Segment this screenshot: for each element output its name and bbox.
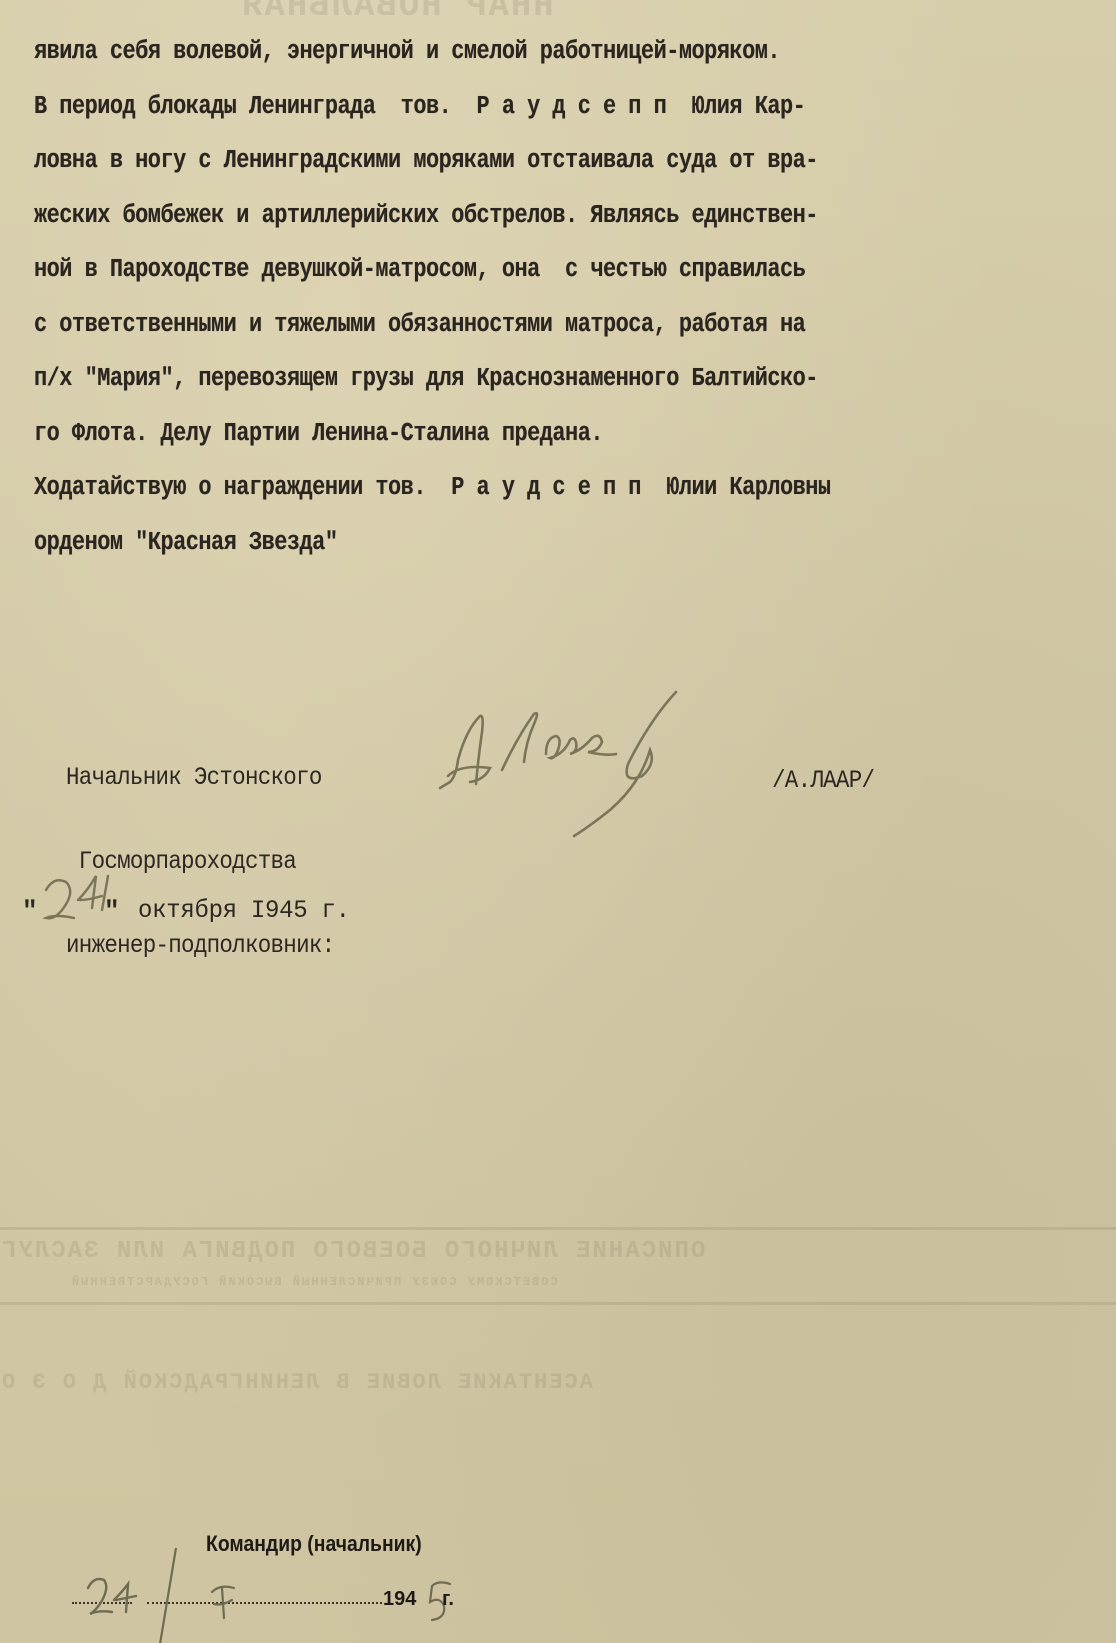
signatory-title-line: Начальник Эстонского [66,764,334,792]
body-line: го Флота. Делу Партии Ленина-Сталина пре… [34,416,963,471]
body-line: В период блокады Ленинграда тов. Р а у д… [34,89,963,144]
date-text: октября I945 г. [138,896,350,925]
bleed-through-text: АСЕНТАКИЕ ЛОВИЕ В ЛЕНИНГРАДСКОЙ Д О Э О [0,1370,593,1395]
body-line: ной в Пароходстве девушкой-матросом, она… [34,252,963,307]
body-line: Ходатайствую о награждении тов. Р а у д … [34,470,963,525]
year-suffix: г. [442,1588,454,1611]
signatory-name: /А.ЛААР/ [772,766,874,795]
handwritten-signature [430,680,730,840]
body-line: жеских бомбежек и артиллерийских обстрел… [34,198,963,253]
body-line: ловна в ногу с Ленинградскими моряками о… [34,143,963,198]
bleed-through-text: ОПИСАНИЕ ЛИЧНОГО БОЕВОГО ПОДВИГА ИЛИ ЗАС… [0,1238,705,1265]
body-line: с ответственными и тяжелыми обязанностям… [34,307,963,362]
bleed-through-text: ННАР НОВАЛЬНАЯ [240,0,554,26]
handwritten-footer-date [84,1548,244,1643]
body-line: п/х "Мария", перевозящем грузы для Красн… [34,361,963,416]
date-close-quote: " [104,896,120,926]
body-line: явила себя волевой, энергичной и смелой … [34,34,963,89]
body-line: орденом "Красная Звезда" [34,525,963,580]
bleed-through-text: СОВЕТСКОМУ СОЮЗУ ПРИЧИСЛЕННЫЙ ВЫСОКИЙ ГО… [70,1275,558,1289]
bleed-through-rule [0,1302,1116,1305]
bleed-through-rule [0,1227,1116,1230]
body-text: явила себя волевой, энергичной и смелой … [34,34,1114,579]
signatory-title-line: инженер-подполковник: [66,932,334,960]
signatory-title: Начальник Эстонского Госморпароходства и… [66,708,334,988]
year-prefix: 194 [383,1588,416,1611]
